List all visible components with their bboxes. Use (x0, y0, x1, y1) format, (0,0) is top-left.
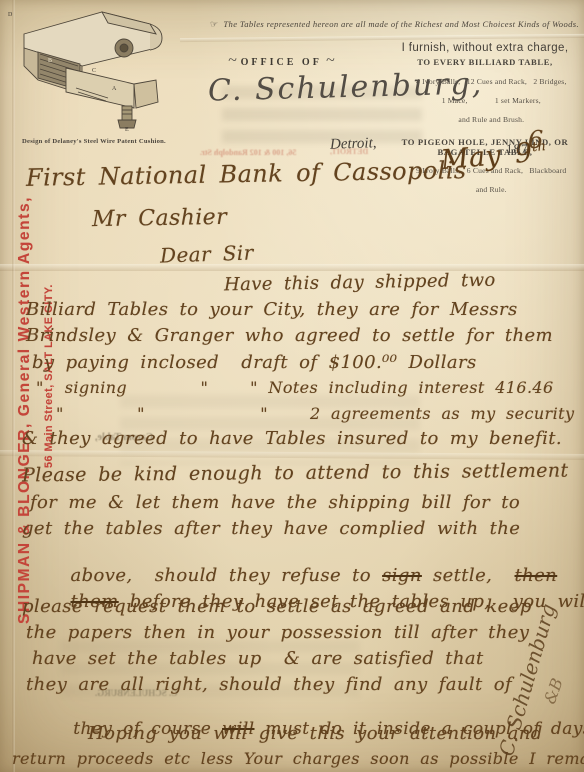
fold-line-top (180, 34, 584, 42)
attention-line: Mr Cashier (92, 205, 227, 232)
billiard-cushion-engraving: D B C A E (4, 4, 176, 132)
letter-line: for me & let them have the shipping bill… (30, 492, 520, 513)
engraving-label-a: A (112, 86, 117, 92)
letter-line: & they agreed to have Tables insured to … (22, 428, 562, 449)
letter-line: Hoping you will give this your attention… (88, 723, 543, 744)
top-notice: ☞ The Tables represented hereon are all … (210, 14, 582, 32)
letter-scan: 56, 100 & 102 Randolph Str. DETROIT, Car… (0, 0, 584, 772)
letter-line: Please be kind enough to attend to this … (22, 460, 569, 487)
letter-line: have set the tables up & are satisfied t… (32, 648, 484, 669)
dateline-city: Detroit, (330, 135, 377, 154)
pointing-hand-icon: ☞ (210, 20, 218, 30)
furnish-billiard-heading: TO EVERY BILLIARD TABLE, (390, 57, 580, 67)
letter-line: Billiard Tables to your City, they are f… (26, 299, 518, 320)
salutation-line: Dear Sir (160, 240, 254, 267)
office-of-label: OFFICE OF (241, 57, 322, 68)
engraving-label-c: C (92, 68, 96, 74)
dateline-year-written: 6 (528, 126, 544, 154)
letter-line: the papers then in your possession till … (26, 622, 529, 643)
top-notice-text: The Tables represented hereon are all ma… (223, 19, 579, 29)
letter-line: " signing " " Notes including interest 4… (36, 378, 584, 397)
furnish-intro: I furnish, without extra charge, (390, 42, 580, 54)
engraving-label-b: B (48, 58, 52, 64)
ghost-text-randolph: 56, 100 & 102 Randolph Str. (200, 148, 296, 157)
letter-line: " " " 2 agreements as my security – (56, 404, 584, 423)
fold-line-middle (0, 264, 584, 271)
engraving-label-d: D (8, 12, 13, 18)
letter-line: Brindsley & Granger who agreed to settle… (26, 325, 553, 346)
letter-line: they are all right, should they find any… (26, 674, 512, 695)
office-of-line: ~ OFFICE OF ~ (228, 52, 334, 70)
dateline-year-printed: 187 (506, 141, 529, 157)
flourish-left: ~ (228, 52, 237, 69)
engraving-caption: Design of Delaney's Steel Wire Patent Cu… (22, 138, 166, 145)
letter-line: Have this day shipped two (224, 270, 496, 296)
letter-line: please request them to settle as agreed … (22, 596, 532, 617)
flourish-right: ~ (326, 52, 335, 69)
letter-line: by paying inclosed draft of $100.⁰⁰ Doll… (32, 352, 477, 373)
letter-line: get the tables after they have complied … (22, 518, 520, 539)
engraving-label-e: E (125, 127, 129, 132)
